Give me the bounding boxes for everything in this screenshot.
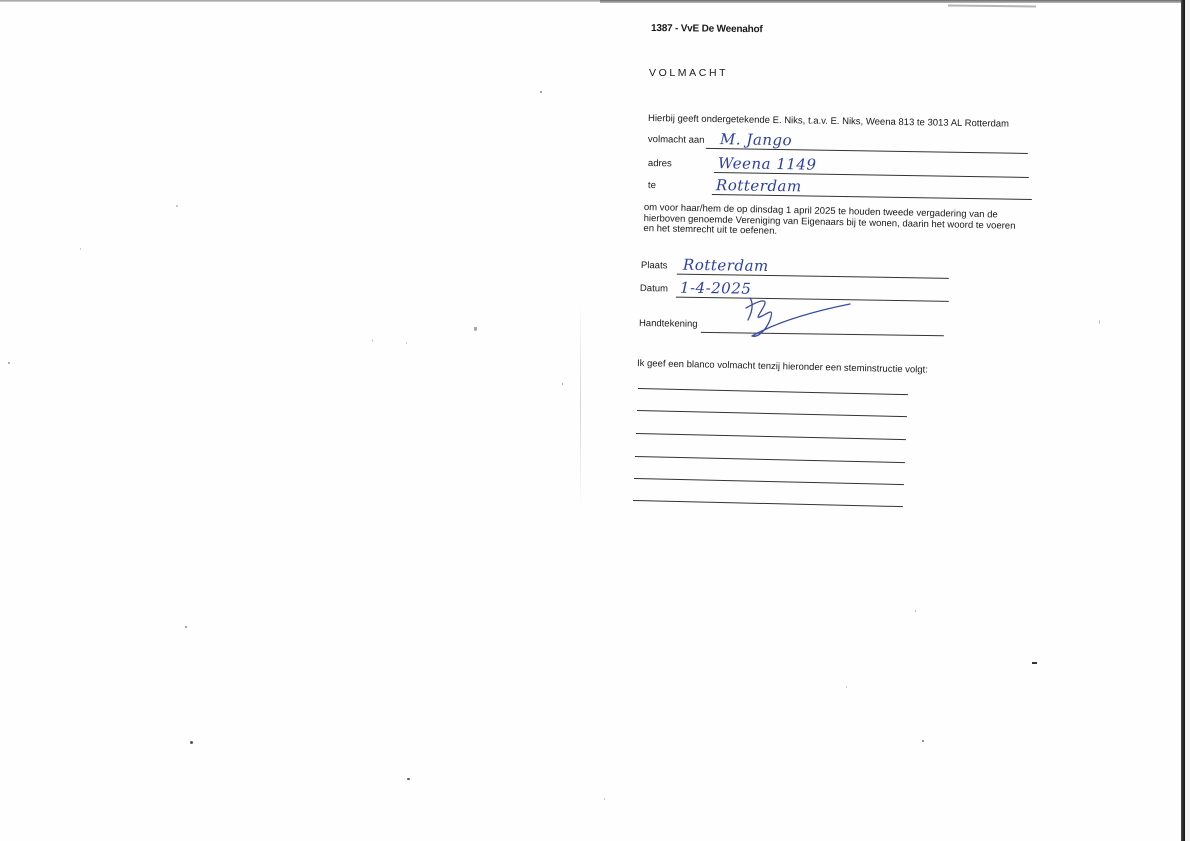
- proxy-form-page: 1387 - VvE De Weenahof VOLMACHT Hierbij …: [600, 0, 1180, 841]
- scanned-page-spread: 1387 - VvE De Weenahof VOLMACHT Hierbij …: [0, 0, 1190, 841]
- dust-speck: [540, 91, 542, 93]
- association-header: 1387 - VvE De Weenahof: [651, 23, 763, 35]
- field-label: te: [648, 180, 656, 191]
- dust-speck: [176, 205, 178, 207]
- handwritten-signature: [740, 290, 860, 340]
- field-label: Datum: [640, 283, 668, 294]
- dust-speck: [372, 339, 373, 342]
- dust-speck: [190, 741, 193, 744]
- handwritten-proxy-name: M. Jango: [720, 130, 792, 149]
- steminstructie-line: [633, 500, 903, 507]
- scan-right-margin: [1185, 0, 1190, 841]
- field-plaats: Plaats Rotterdam: [641, 254, 951, 279]
- dust-speck: [407, 778, 410, 780]
- dust-speck: [474, 327, 477, 331]
- field-volmacht-aan: volmacht aan M. Jango: [648, 128, 1028, 154]
- field-label: Plaats: [641, 260, 668, 271]
- document-title: VOLMACHT: [649, 67, 728, 79]
- field-label: volmacht aan: [648, 134, 705, 146]
- steminstructie-line: [634, 478, 904, 485]
- blanco-proxy-statement: Ik geef een blanco volmacht tenzij hiero…: [637, 358, 928, 376]
- field-te: te Rotterdam: [648, 174, 1033, 200]
- paper-fold-line: [580, 300, 581, 510]
- dust-speck: [562, 383, 563, 385]
- dust-speck: [185, 626, 187, 628]
- dust-speck: [80, 248, 81, 250]
- field-label: Handtekening: [639, 318, 698, 330]
- dust-speck: [406, 342, 407, 344]
- steminstructie-line: [635, 456, 905, 463]
- field-label: adres: [648, 158, 672, 169]
- intro-statement: Hierbij geeft ondergetekende E. Niks, t.…: [648, 113, 1009, 130]
- field-underline: [712, 194, 1032, 200]
- steminstructie-line: [638, 388, 908, 395]
- steminstructie-line: [636, 433, 906, 440]
- dust-speck: [8, 362, 10, 364]
- handwritten-city: Rotterdam: [716, 176, 802, 195]
- handwritten-place: Rotterdam: [683, 256, 769, 275]
- steminstructie-line: [637, 410, 907, 417]
- purpose-statement: om voor haar/hem de op dinsdag 1 april 2…: [643, 203, 1044, 243]
- handwritten-address: Weena 1149: [718, 154, 817, 174]
